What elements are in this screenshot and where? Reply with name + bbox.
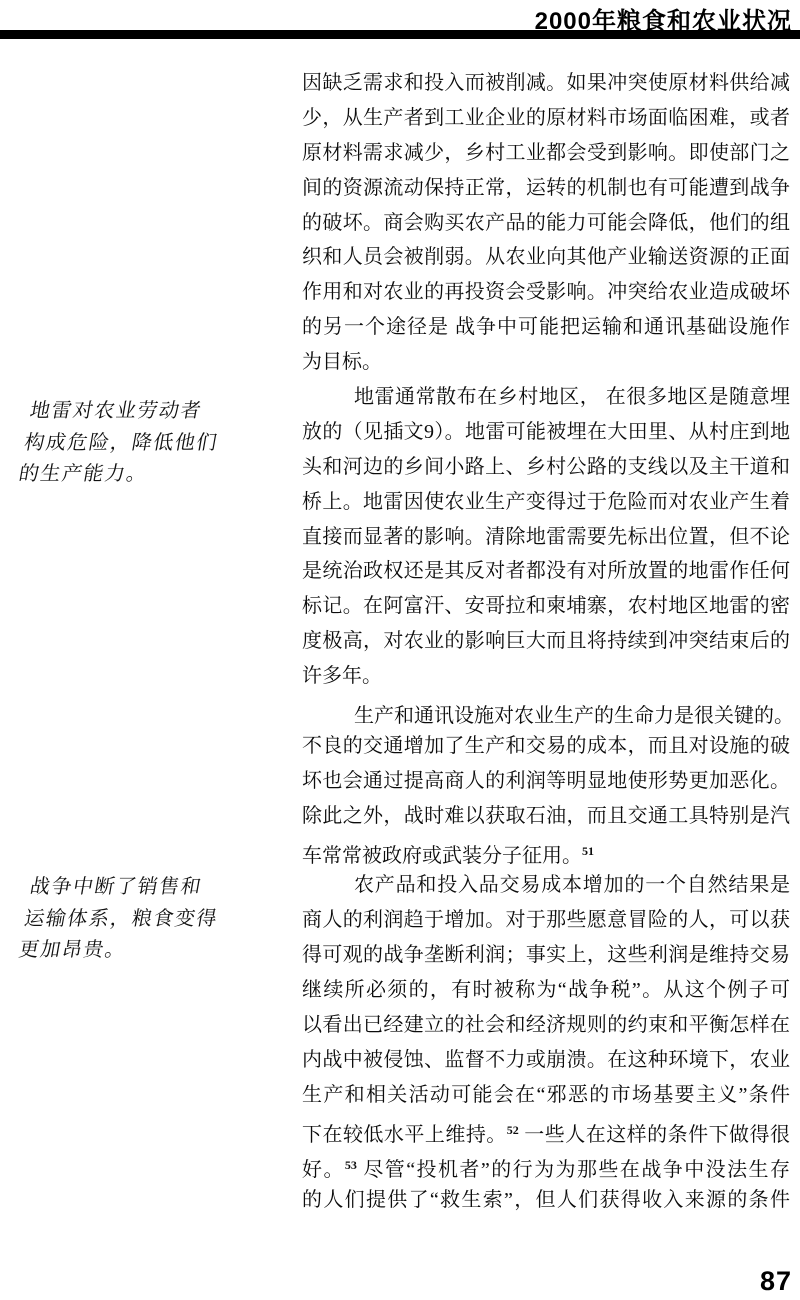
- paragraph: 地雷通常散布在乡村地区， 在很多地区是随意埋放的（见插文9）。地雷可能被埋在大田…: [302, 380, 790, 694]
- text-line: 地雷通常散布在乡村地区， 在很多地区是随意埋: [302, 380, 790, 415]
- paragraph: 农产品和投入品交易成本增加的一个自然结果是商人的利润趋于增加。对于那些愿意冒险的…: [302, 868, 790, 1217]
- margin-note-landmines: 地雷对农业劳动者构成危险，降低他们的生产能力。: [16, 396, 273, 491]
- text-line: 直接而显著的影响。清除地雷需要先标出位置，但不论: [302, 520, 790, 555]
- margin-note-war-disruption: 战争中断了销售和运输体系，粮食变得更加昂贵。: [16, 872, 273, 967]
- text-line: 农产品和投入品交易成本增加的一个自然结果是: [302, 868, 790, 903]
- text-line: 除此之外，战时难以获取石油，而且交通工具特别是汽: [302, 799, 790, 834]
- footnote-marker: 52: [507, 1123, 519, 1137]
- text-line: 商人的利润趋于增加。对于那些愿意冒险的人，可以获: [302, 903, 790, 938]
- text-line: 车常常被政府或武装分子征用。51: [302, 834, 790, 869]
- paragraph: 因缺乏需求和投入而被削减。如果冲突使原材料供给减少，从生产者到工业企业的原材料市…: [302, 66, 790, 380]
- margin-note-line: 运输体系，粮食变得: [22, 904, 268, 936]
- margin-note-line: 构成危险，降低他们: [22, 428, 268, 460]
- text-line: 标记。在阿富汗、安哥拉和柬埔寨，农村地区地雷的密: [302, 589, 790, 624]
- text-line: 好。53 尽管“投机者”的行为为那些在战争中没法生存: [302, 1148, 790, 1183]
- text-line: 继续所必须的，有时被称为“战争税”。从这个例子可: [302, 973, 790, 1008]
- header-rule: [0, 30, 800, 39]
- body-column: 因缺乏需求和投入而被削减。如果冲突使原材料供给减少，从生产者到工业企业的原材料市…: [302, 66, 790, 1217]
- text-line: 原材料需求减少，乡村工业都会受到影响。即使部门之: [302, 136, 790, 171]
- page-number: 87: [760, 1266, 792, 1297]
- document-page: 2000年粮食和农业状况 地雷对农业劳动者构成危险，降低他们的生产能力。 战争中…: [0, 0, 800, 1300]
- text-line: 间的资源流动保持正常，运转的机制也有可能遭到战争: [302, 171, 790, 206]
- text-line: 不良的交通增加了生产和交易的成本，而且对设施的破: [302, 729, 790, 764]
- margin-note-line: 地雷对农业劳动者: [27, 396, 273, 428]
- text-line: 内战中被侵蚀、监督不力或崩溃。在这种环境下，农业: [302, 1043, 790, 1078]
- text-line: 头和河边的乡间小路上、乡村公路的支线以及主干道和: [302, 450, 790, 485]
- text-line: 度极高，对农业的影响巨大而且将持续到冲突结束后的: [302, 624, 790, 659]
- margin-note-line: 战争中断了销售和: [27, 872, 273, 904]
- text-line: 因缺乏需求和投入而被削减。如果冲突使原材料供给减: [302, 66, 790, 101]
- text-line: 是统治政权还是其反对者都没有对所放置的地雷作任何: [302, 554, 790, 589]
- text-line: 得可观的战争垄断利润；事实上，这些利润是维持交易: [302, 938, 790, 973]
- text-line: 生产和相关活动可能会在“邪恶的市场基要主义”条件: [302, 1078, 790, 1113]
- text-line: 的人们提供了“救生索”，但人们获得收入来源的条件: [302, 1183, 790, 1218]
- text-line: 坏也会通过提高商人的利润等明显地使形势更加恶化。: [302, 764, 790, 799]
- margin-note-line: 的生产能力。: [16, 459, 262, 491]
- text-line: 放的（见插文9）。地雷可能被埋在大田里、从村庄到地: [302, 415, 790, 450]
- text-line: 桥上。地雷因使农业生产变得过于危险而对农业产生着: [302, 485, 790, 520]
- text-line: 许多年。: [302, 659, 790, 694]
- text-line: 下在较低水平上维持。52 一些人在这样的条件下做得很: [302, 1113, 790, 1148]
- text-line: 的另一个途径是 战争中可能把运输和通讯基础设施作: [302, 310, 790, 345]
- footnote-marker: 53: [345, 1158, 357, 1172]
- footnote-marker: 51: [582, 844, 594, 858]
- text-line: 为目标。: [302, 345, 790, 380]
- text-line: 织和人员会被削弱。从农业向其他产业输送资源的正面: [302, 240, 790, 275]
- text-line: 生产和通讯设施对农业生产的生命力是很关键的。50: [302, 694, 790, 729]
- margin-note-line: 更加昂贵。: [16, 935, 262, 967]
- text-line: 以看出已经建立的社会和经济规则的约束和平衡怎样在: [302, 1008, 790, 1043]
- text-line: 的破坏。商会购买农产品的能力可能会降低，他们的组: [302, 206, 790, 241]
- text-line: 少，从生产者到工业企业的原材料市场面临困难，或者: [302, 101, 790, 136]
- paragraph: 生产和通讯设施对农业生产的生命力是很关键的。50不良的交通增加了生产和交易的成本…: [302, 694, 790, 868]
- text-line: 作用和对农业的再投资会受影响。冲突给农业造成破坏: [302, 275, 790, 310]
